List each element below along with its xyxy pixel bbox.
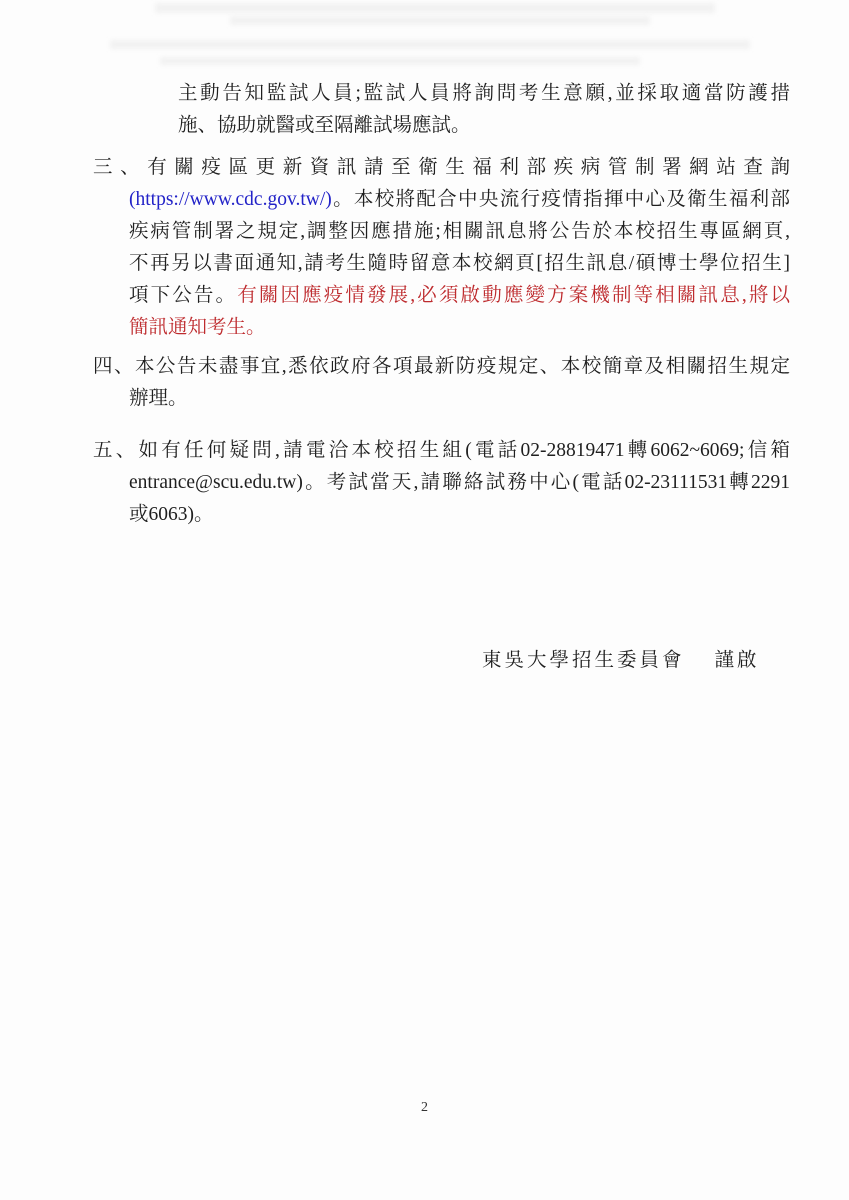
- committee-name: 東吳大學招生委員會: [482, 650, 685, 671]
- paragraph-continuation: 主動告知監試人員;監試人員將詢問考生意願,並採取適當防護措 施、協助就醫或至隔離…: [178, 78, 790, 142]
- item-3-marker: 三、: [93, 157, 147, 178]
- text-line: 五、如有任何疑問,請電洽本校招生組(電話02-28819471轉6062~606…: [93, 435, 790, 467]
- text-line: 主動告知監試人員;監試人員將詢問考生意願,並採取適當防護措: [178, 78, 790, 110]
- item-3: 三、有關疫區更新資訊請至衛生福利部疾病管制署網站查詢 (https://www.…: [93, 152, 790, 344]
- item-4: 四、本公告未盡事宜,悉依政府各項最新防疫規定、本校簡章及相關招生規定 辦理。: [93, 351, 790, 415]
- text-line: 不再另以書面通知,請考生隨時留意本校網頁[招生訊息/碩博士學位招生]: [129, 248, 790, 280]
- text-line: 項下公告。有關因應疫情發展,必須啟動應變方案機制等相關訊息,將以: [129, 280, 790, 312]
- text-line: 三、有關疫區更新資訊請至衛生福利部疾病管制署網站查詢: [93, 152, 790, 184]
- page-number: 2: [0, 1098, 849, 1118]
- text-line: 辦理。: [129, 383, 790, 415]
- bleed-bar: [110, 40, 750, 49]
- bleed-bar: [155, 3, 715, 13]
- signature-closing: 謹啟: [715, 650, 760, 671]
- text-line: 四、本公告未盡事宜,悉依政府各項最新防疫規定、本校簡章及相關招生規定: [93, 351, 790, 383]
- emphasis-red-text: 簡訊通知考生。: [129, 312, 790, 344]
- emphasis-red-text: 有關因應疫情發展,必須啟動應變方案機制等相關訊息,將以: [237, 285, 790, 306]
- text-line: 或6063)。: [129, 499, 790, 531]
- text-line: 施、協助就醫或至隔離試場應試。: [178, 110, 790, 142]
- item-5-marker: 五、: [93, 440, 139, 461]
- text-line: 疾病管制署之規定,調整因應措施;相關訊息將公告於本校招生專區網頁,: [129, 216, 790, 248]
- bleed-bar: [160, 57, 640, 65]
- text-line: entrance@scu.edu.tw)。考試當天,請聯絡試務中心(電話02-2…: [129, 467, 790, 499]
- item-3-heading-text: 有關疫區更新資訊請至衛生福利部疾病管制署網站查詢: [147, 157, 790, 178]
- item-4-marker: 四、: [93, 356, 135, 377]
- cdc-website-link[interactable]: (https://www.cdc.gov.tw/): [129, 189, 332, 210]
- item-5: 五、如有任何疑問,請電洽本校招生組(電話02-28819471轉6062~606…: [93, 435, 790, 531]
- bleed-bar: [230, 16, 650, 25]
- text-segment: 項下公告。: [129, 285, 237, 306]
- document-page: 主動告知監試人員;監試人員將詢問考生意願,並採取適當防護措 施、協助就醫或至隔離…: [0, 0, 849, 1200]
- item-4-text: 本公告未盡事宜,悉依政府各項最新防疫規定、本校簡章及相關招生規定: [135, 356, 790, 377]
- text-segment: 。本校將配合中央流行疫情指揮中心及衛生福利部: [332, 189, 790, 210]
- item-5-text: 如有任何疑問,請電洽本校招生組(電話02-28819471轉6062~6069;…: [139, 440, 790, 461]
- text-line: (https://www.cdc.gov.tw/)。本校將配合中央流行疫情指揮中…: [129, 184, 790, 216]
- signature-line: 東吳大學招生委員會謹啟: [482, 645, 760, 677]
